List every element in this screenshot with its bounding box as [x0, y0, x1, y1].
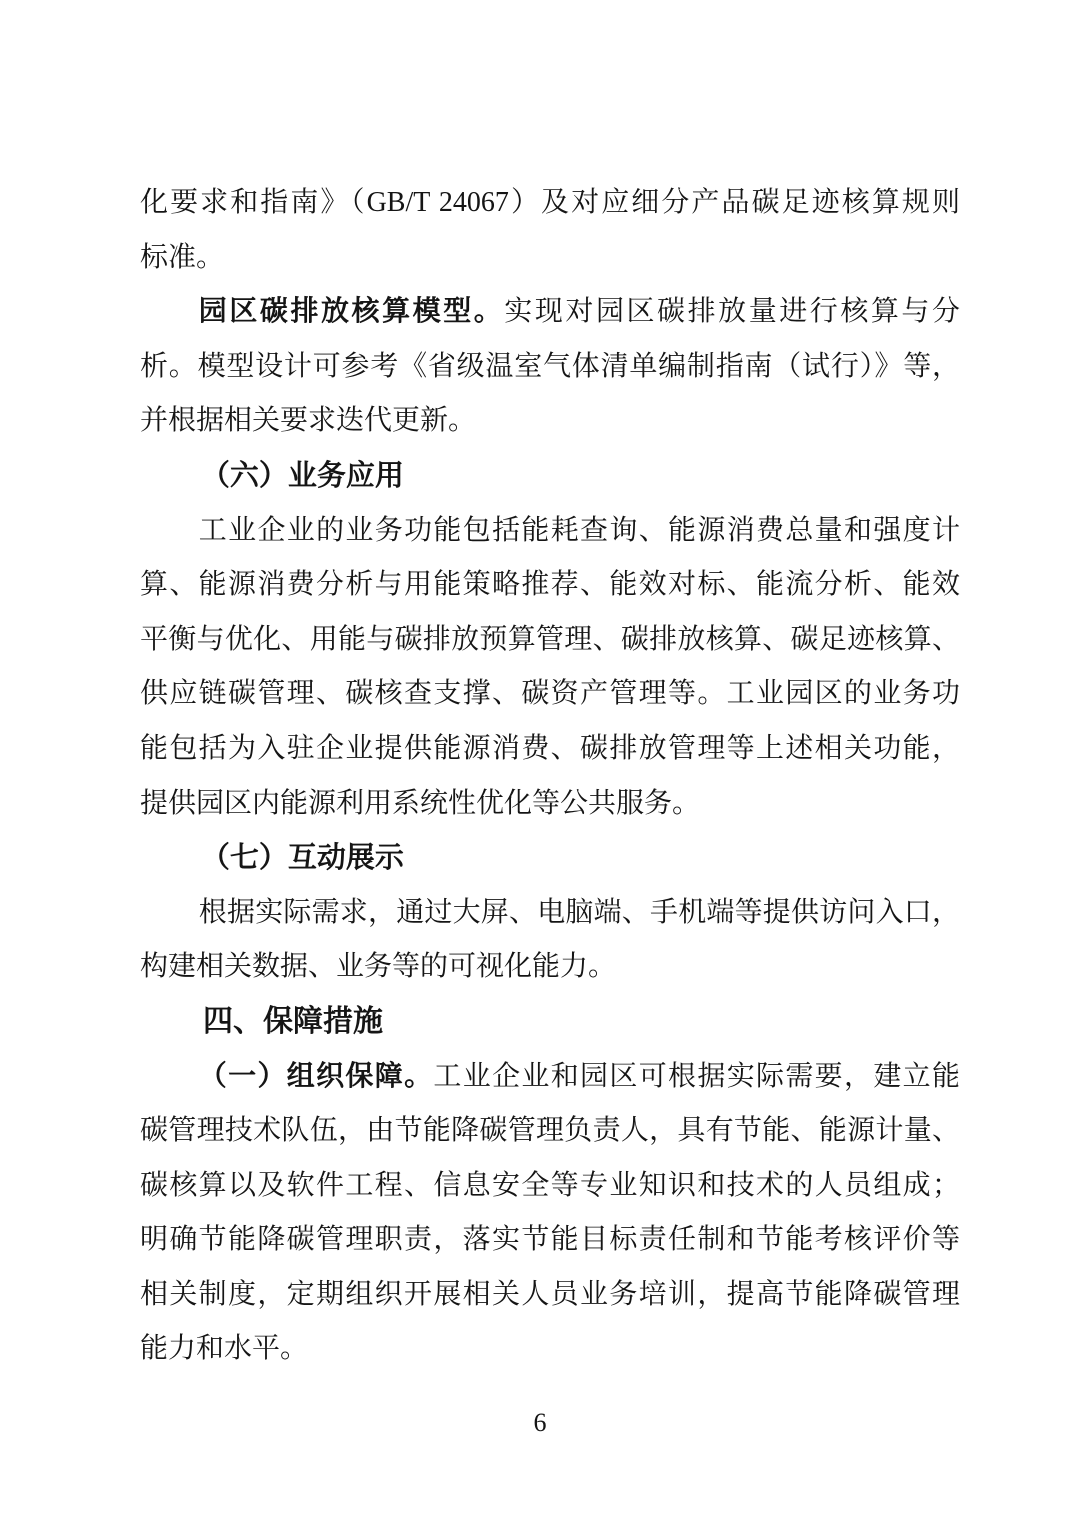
- text-line: 算、能源消费分析与用能策略推荐、能效对标、能流分析、能效: [140, 558, 960, 613]
- text-segment: 析。模型设计可参考《省级温室气体清单编制指南（试行）》等，: [140, 351, 960, 382]
- text-line: 平衡与优化、用能与碳排放预算管理、碳排放核算、碳足迹核算、: [140, 613, 960, 668]
- document-body: 化要求和指南》（GB/T 24067）及对应细分产品碳足迹核算规则标准。园区碳排…: [140, 176, 960, 1377]
- text-line: 标准。: [140, 231, 960, 286]
- text-line: 工业企业的业务功能包括能耗查询、能源消费总量和强度计: [140, 504, 960, 559]
- text-line: 析。模型设计可参考《省级温室气体清单编制指南（试行）》等，: [140, 340, 960, 395]
- text-segment: 实现对园区碳排放量进行核算与分: [504, 296, 960, 327]
- text-line: 碳核算以及软件工程、信息安全等专业知识和技术的人员组成；: [140, 1159, 960, 1214]
- text-segment: 工业企业的业务功能包括能耗查询、能源消费总量和强度计: [199, 515, 960, 546]
- text-line: 提供园区内能源利用系统性优化等公共服务。: [140, 777, 960, 832]
- text-segment: 碳管理技术队伍，由节能降碳管理负责人，具有节能、能源计量、: [140, 1115, 960, 1146]
- document-page: 化要求和指南》（GB/T 24067）及对应细分产品碳足迹核算规则标准。园区碳排…: [0, 0, 1080, 1527]
- text-segment: 明确节能降碳管理职责，落实节能目标责任制和节能考核评价等: [140, 1224, 960, 1255]
- bold-text-segment: （一）组织保障。: [199, 1061, 434, 1092]
- text-line: 碳管理技术队伍，由节能降碳管理负责人，具有节能、能源计量、: [140, 1104, 960, 1159]
- page-number: 6: [0, 1408, 1080, 1438]
- text-segment: 能力和水平。: [140, 1333, 308, 1364]
- text-segment: 并根据相关要求迭代更新。: [140, 405, 476, 436]
- text-line: 明确节能降碳管理职责，落实节能目标责任制和节能考核评价等: [140, 1213, 960, 1268]
- text-segment: 化要求和指南》（GB/T 24067）及对应细分产品碳足迹核算规则: [140, 187, 960, 218]
- text-segment: 标准。: [140, 242, 224, 273]
- text-line: 能包括为入驻企业提供能源消费、碳排放管理等上述相关功能，: [140, 722, 960, 777]
- bold-text-segment: 四、保障措施: [203, 1005, 383, 1038]
- text-line: 根据实际需求，通过大屏、电脑端、手机端等提供访问入口，: [140, 886, 960, 941]
- text-line: 能力和水平。: [140, 1322, 960, 1377]
- text-segment: 提供园区内能源利用系统性优化等公共服务。: [140, 788, 700, 819]
- heading-six-business-application: （六）业务应用: [140, 449, 960, 504]
- text-segment: 能包括为入驻企业提供能源消费、碳排放管理等上述相关功能，: [140, 733, 960, 764]
- text-line: 构建相关数据、业务等的可视化能力。: [140, 940, 960, 995]
- text-line: 园区碳排放核算模型。实现对园区碳排放量进行核算与分: [140, 285, 960, 340]
- text-segment: 供应链碳管理、碳核查支撑、碳资产管理等。工业园区的业务功: [140, 678, 960, 709]
- text-segment: 工业企业和园区可根据实际需要，建立能: [433, 1061, 960, 1092]
- text-line: 化要求和指南》（GB/T 24067）及对应细分产品碳足迹核算规则: [140, 176, 960, 231]
- text-line: 供应链碳管理、碳核查支撑、碳资产管理等。工业园区的业务功: [140, 667, 960, 722]
- text-segment: 构建相关数据、业务等的可视化能力。: [140, 951, 616, 982]
- heading-four-safeguard-measures: 四、保障措施: [140, 995, 960, 1050]
- heading-seven-interactive-display: （七）互动展示: [140, 831, 960, 886]
- text-line: 相关制度，定期组织开展相关人员业务培训，提高节能降碳管理: [140, 1268, 960, 1323]
- text-line: （一）组织保障。工业企业和园区可根据实际需要，建立能: [140, 1050, 960, 1105]
- text-segment: 碳核算以及软件工程、信息安全等专业知识和技术的人员组成；: [140, 1170, 960, 1201]
- text-segment: 根据实际需求，通过大屏、电脑端、手机端等提供访问入口，: [199, 897, 960, 928]
- text-segment: 相关制度，定期组织开展相关人员业务培训，提高节能降碳管理: [140, 1279, 960, 1310]
- text-line: 并根据相关要求迭代更新。: [140, 394, 960, 449]
- bold-text-segment: （六）业务应用: [201, 460, 404, 492]
- bold-text-segment: 园区碳排放核算模型。: [199, 296, 505, 327]
- bold-text-segment: （七）互动展示: [201, 842, 404, 874]
- text-segment: 算、能源消费分析与用能策略推荐、能效对标、能流分析、能效: [140, 569, 960, 600]
- text-segment: 平衡与优化、用能与碳排放预算管理、碳排放核算、碳足迹核算、: [140, 624, 960, 655]
